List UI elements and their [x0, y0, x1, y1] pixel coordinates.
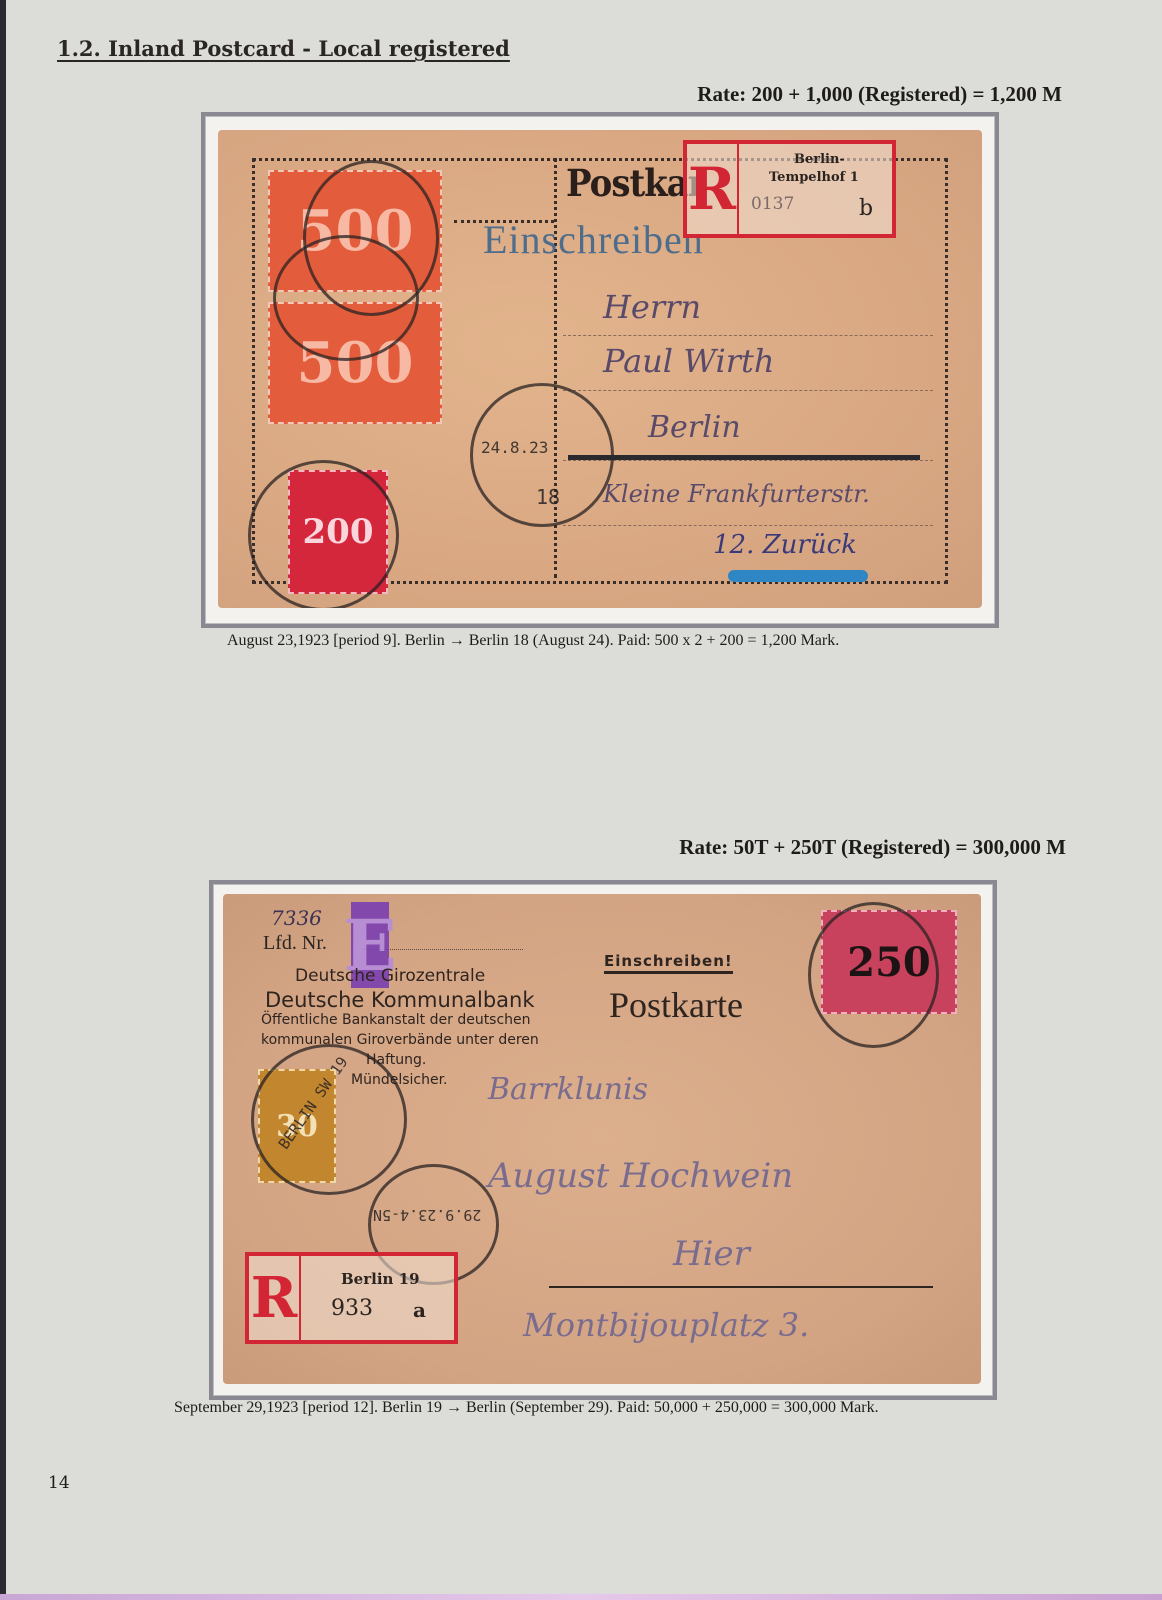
registered-heading: Einschreiben! — [604, 952, 733, 974]
scan-edge-left — [0, 0, 6, 1600]
address-baseline — [549, 1286, 933, 1288]
registration-label: R Berlin 19 933 a — [245, 1252, 458, 1344]
address-handwritten: Paul Wirth — [603, 342, 775, 380]
page-number: 14 — [48, 1473, 70, 1493]
address-line — [563, 390, 933, 391]
sender-line: kommunalen Giroverbände unter deren — [261, 1032, 539, 1048]
registration-suffix: a — [413, 1298, 426, 1322]
registration-line2: Tempelhof 1 — [769, 170, 859, 185]
registration-line1: Berlin- — [794, 152, 845, 167]
card-header: Postkarte — [609, 984, 743, 1026]
caption-1: August 23,1923 [period 9]. Berlin → Berl… — [227, 632, 839, 650]
strike-through-bar — [568, 455, 920, 460]
postcard-2: 7336 Lfd. Nr. E Deutsche Girozentrale De… — [223, 894, 981, 1384]
address-handwritten: Kleine Frankfurterstr. — [603, 480, 870, 508]
registration-letter: R — [249, 1256, 301, 1340]
rate-line-1: Rate: 200 + 1,000 (Registered) = 1,200 M — [697, 82, 1062, 107]
address-handwritten: Hier — [673, 1234, 750, 1274]
registration-text: Berlin- Tempelhof 1 0137 b — [739, 144, 892, 234]
postcard-1: Postkar Einschreiben 500 500 200 24.8.23… — [218, 130, 982, 608]
handwritten-number: 7336 — [271, 906, 322, 930]
registration-label: R Berlin- Tempelhof 1 0137 b — [683, 140, 896, 238]
rate-line-2: Rate: 50T + 250T (Registered) = 300,000 … — [679, 835, 1066, 860]
address-handwritten: Montbijouplatz 3. — [523, 1306, 809, 1344]
address-line — [563, 525, 933, 526]
postmark-cancel — [808, 902, 939, 1048]
address-handwritten: 12. Zurück — [713, 530, 857, 560]
registration-number: 933 — [331, 1296, 373, 1321]
registration-line1: Berlin 19 — [341, 1270, 420, 1288]
sender-name: Deutsche Kommunalbank — [265, 988, 535, 1012]
registration-text: Berlin 19 933 a — [301, 1256, 454, 1340]
postcard-mount-2: 7336 Lfd. Nr. E Deutsche Girozentrale De… — [209, 880, 997, 1400]
postmark-date: 24.8.23 — [481, 438, 548, 457]
postmark-cancel — [248, 460, 399, 608]
registered-handstamp: Einschreiben — [483, 216, 704, 263]
sender-line: Deutsche Girozentrale — [295, 966, 485, 986]
lfd-label: Lfd. Nr. — [263, 932, 327, 955]
address-line — [563, 460, 933, 461]
postmark-office: 18 — [536, 485, 560, 509]
blue-crayon-mark — [728, 570, 868, 582]
address-line — [563, 335, 933, 336]
section-title: 1.2. Inland Postcard - Local registered — [57, 36, 510, 61]
sender-line: Öffentliche Bankanstalt der deutschen — [261, 1012, 531, 1028]
registration-suffix: b — [859, 196, 873, 221]
registration-letter: R — [687, 144, 739, 234]
scan-edge-bottom — [0, 1594, 1162, 1600]
postcard-mount-1: Postkar Einschreiben 500 500 200 24.8.23… — [201, 112, 999, 628]
arrival-postmark-date: 29.9.23.4-5N — [373, 1206, 481, 1224]
registration-number: 0137 — [751, 194, 794, 214]
address-handwritten: Herrn — [603, 288, 701, 326]
address-handwritten: August Hochwein — [488, 1156, 793, 1196]
postmark-cancel — [273, 235, 419, 361]
address-handwritten: Barrklunis — [488, 1072, 648, 1107]
address-handwritten: Berlin — [648, 410, 741, 445]
caption-2: September 29,1923 [period 12]. Berlin 19… — [174, 1399, 879, 1417]
